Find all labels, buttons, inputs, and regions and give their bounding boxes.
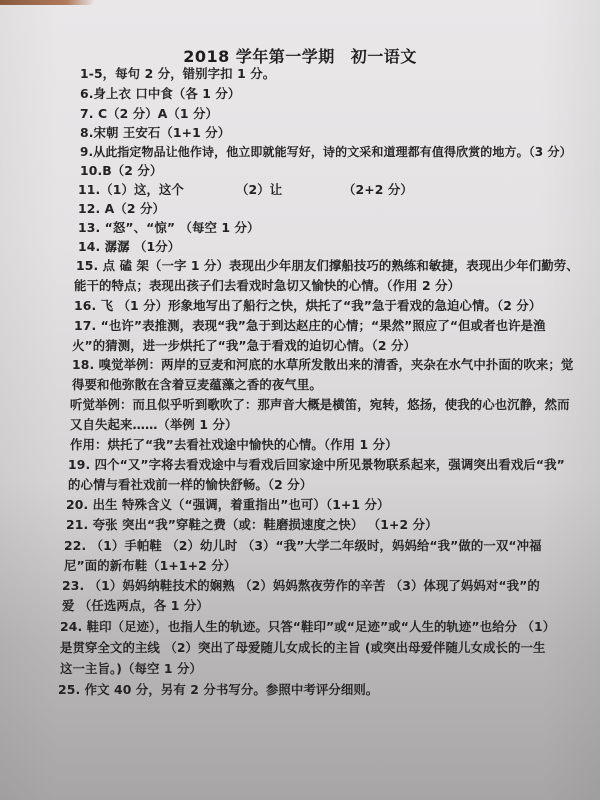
title-subject: 初一语文 [351, 47, 417, 66]
answer-line: 16. 飞 （1 分）形象地写出了船行之快，烘托了“我”急于看戏的急迫心情。（2… [74, 298, 541, 314]
answer-line: 20. 出生 特殊含义（“强调，着重指出”也可）（1+1 分） [66, 497, 390, 513]
answer-line-11: 11.（1）这，这个 （2）让 （2+2 分） [78, 182, 184, 198]
answer-line: 25. 作文 40 分，另有 2 分书写分。参照中考评分细则。 [58, 682, 378, 698]
answer-line: 15. 点 磕 架（一字 1 分）表现出少年朋友们撑船技巧的熟练和敏捷，表现出少… [76, 258, 579, 274]
answer-line: 尼”面的新布鞋（1+1+2 分） [64, 558, 236, 574]
answer-line: 10.B（2 分） [80, 163, 162, 179]
answer-part: 11.（1）这，这个 [78, 182, 184, 197]
document-title: 2018 学年第一学期初一语文 [0, 44, 600, 67]
answer-line: 14. 潺潺 （1分） [78, 239, 180, 255]
answer-line: 得要和他弥散在含着豆麦蕴藻之香的夜气里。 [72, 377, 322, 393]
answer-line: 19. 四个“又”字将去看戏途中与看戏后回家途中所见景物联系起来，强调突出看戏后… [68, 457, 565, 473]
answer-line: 8.宋朝 王安石（1+1 分） [80, 125, 230, 141]
answer-line: 这一主旨。)（每空 1 分） [60, 661, 202, 677]
answer-line: 的心情与看社戏前一样的愉快舒畅。（2 分） [68, 477, 312, 493]
table-edge [0, 0, 95, 5]
answer-line: 21. 夸张 突出“我”穿鞋之费（或：鞋磨损速度之快） （1+2 分） [66, 517, 438, 533]
answer-line: 7. C（2 分）A（1 分） [80, 106, 218, 122]
answer-line: 又自失起来……（举例 1 分） [70, 417, 237, 433]
answer-line: 18. 嗅觉举例：两岸的豆麦和河底的水草所发散出来的清香，夹杂在水气中扑面的吹来… [72, 357, 573, 373]
answer-line: 13. “怒”、“惊” （每空 1 分） [78, 220, 260, 236]
answer-line: 23. （1）妈妈纳鞋技术的娴熟 （2）妈妈熬夜劳作的辛苦 （3）体现了妈妈对“… [62, 578, 540, 594]
answer-line: 是贯穿全文的主线 （2）突出了母爱随儿女成长的主旨 (或突出母爱伴随儿女成长的一… [60, 640, 545, 656]
answer-part: （2）让 [236, 182, 282, 198]
answer-line: 爱 （任选两点，各 1 分） [62, 598, 209, 614]
answer-line: 22. （1）手帕鞋 （2）幼儿时 （3）“我”大学二年级时，妈妈给“我”做的一… [64, 538, 542, 554]
answer-line: 能干的特点；表现出孩子们去看戏时急切又愉快的心情。（作用 2 分） [74, 278, 460, 294]
score-note: （2+2 分） [343, 182, 413, 198]
answer-line: 9.从此指定物品让他作诗，他立即就能写好，诗的文采和道理都有值得欣赏的地方。（3… [80, 144, 572, 160]
answer-line: 12. A（2 分） [78, 201, 165, 217]
title-term: 2018 学年第一学期 [183, 47, 335, 66]
answer-line: 火”的猜测，进一步烘托了“我”急于看戏的迫切心情。（2 分） [72, 338, 416, 354]
answer-line: 17. “也许”表推测，表现“我”急于到达赵庄的心情；“果然”照应了“但或者也许… [74, 318, 546, 334]
answer-line: 1-5，每句 2 分，错别字扣 1 分。 [80, 66, 275, 82]
answer-line: 24. 鞋印（足迹），也指人生的轨迹。只答“鞋印”或“足迹”或“人生的轨迹”也给… [60, 619, 555, 635]
answer-line: 作用：烘托了“我”去看社戏途中愉快的心情。（作用 1 分） [70, 437, 398, 453]
answer-line: 6.身上衣 口中食（各 1 分） [80, 86, 240, 102]
answer-line: 听觉举例：而且似乎听到歌吹了：那声音大概是横笛，宛转，悠扬，使我的心也沉静，然而 [70, 397, 570, 413]
